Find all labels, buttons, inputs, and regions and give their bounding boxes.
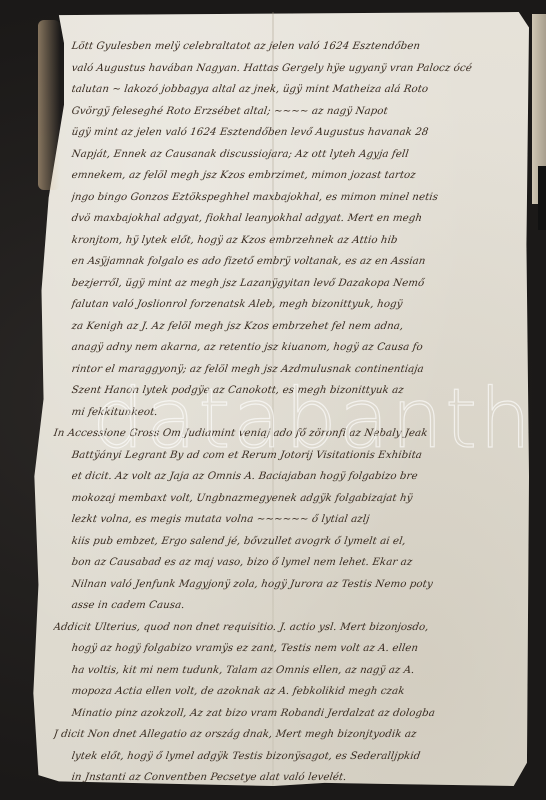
section-2-line: kiis pub embzet, Ergo salend jé, bővzull…: [70, 531, 535, 553]
text-line: ügÿ mint az jelen való 1624 Esztendőben …: [70, 122, 535, 144]
section-2-line: et dicit. Az volt az Jaja az Omnis A. Ba…: [70, 466, 535, 488]
section-2-line: In Accessione Gross Om Judiamint veniaj …: [52, 423, 535, 445]
paper-stain: [38, 20, 60, 190]
section-4-line: lytek előt, hogÿ ő lymel adgÿk Testis bi…: [70, 746, 535, 768]
text-line: falutan való Joslionrol forzenatsk Aleb,…: [70, 294, 535, 316]
text-line: dvö maxbajokhal adgyat, fiokhal leanyokh…: [70, 208, 535, 230]
section-4-line: J dicit Non dnet Allegatio az ország dna…: [52, 724, 535, 746]
section-2-line: bon az Causabad es az maj vaso, bizo ő l…: [70, 552, 535, 574]
dark-tab: [538, 166, 546, 230]
section-2-line: lezkt volna, es megis mutata volna ~~~~~…: [70, 509, 535, 531]
text-line: kronjtom, hÿ lytek előt, hogÿ az Kzos em…: [70, 230, 535, 252]
text-line: mi fekkitunkeot.: [70, 402, 535, 424]
text-line: való Augustus havában Nagyan. Hattas Ger…: [70, 58, 535, 80]
text-line: jngo bingo Gonzos Eztökspeghhel maxbajok…: [70, 187, 535, 209]
section-4-line: in Jnstanti az Conventben Pecsetye alat …: [70, 767, 535, 789]
section-3-line: mopoza Actia ellen volt, de azoknak az A…: [70, 681, 535, 703]
text-line: talutan ~ lakozó jobbagya altal az jnek,…: [70, 79, 535, 101]
section-3-line: Addicit Ulterius, quod non dnet requisit…: [52, 617, 535, 639]
text-line: rintor el maraggyonÿ; az felöl megh jsz …: [70, 359, 535, 381]
text-line: en Asÿjamnak folgalo es ado fizető embrÿ…: [70, 251, 535, 273]
text-line: bezjerről, ügÿ mint az megh jsz Lazanÿgy…: [70, 273, 535, 295]
text-line: emnekem, az felöl megh jsz Kzos embrzime…: [70, 165, 535, 187]
section-2-line: Nilnan való Jenfunk Magyjonÿ zola, hogÿ …: [70, 574, 535, 596]
section-3-line: ha voltis, kit mi nem tudunk, Talam az O…: [70, 660, 535, 682]
text-line: Lött Gyulesben melÿ celebraltatot az jel…: [70, 36, 535, 58]
text-line: Gvörgÿ feleseghé Roto Erzsébet altal; ~~…: [70, 101, 535, 123]
section-2-line: Battÿányi Legrant By ad com et Rerum Jot…: [70, 445, 535, 467]
section-3-line: hogÿ az hogÿ folgabizo vramÿs ez zant, T…: [70, 638, 535, 660]
section-2-line: asse in cadem Causa.: [70, 595, 535, 617]
section-2-line: mokozaj membaxt volt, Ungbnazmegyenek ad…: [70, 488, 535, 510]
manuscript-text: Lött Gyulesben melÿ celebraltatot az jel…: [70, 36, 532, 789]
text-line: anagÿ adny nem akarna, az retentio jsz k…: [70, 337, 535, 359]
text-line: Szent Hanon lytek podgÿe az Canokott, es…: [70, 380, 535, 402]
text-line: Napját, Ennek az Causanak discussiojara;…: [70, 144, 535, 166]
text-line: za Kenigh az J. Az felöl megh jsz Kzos e…: [70, 316, 535, 338]
section-3-line: Minatio pinz azokzoll, Az zat bizo vram …: [70, 703, 535, 725]
